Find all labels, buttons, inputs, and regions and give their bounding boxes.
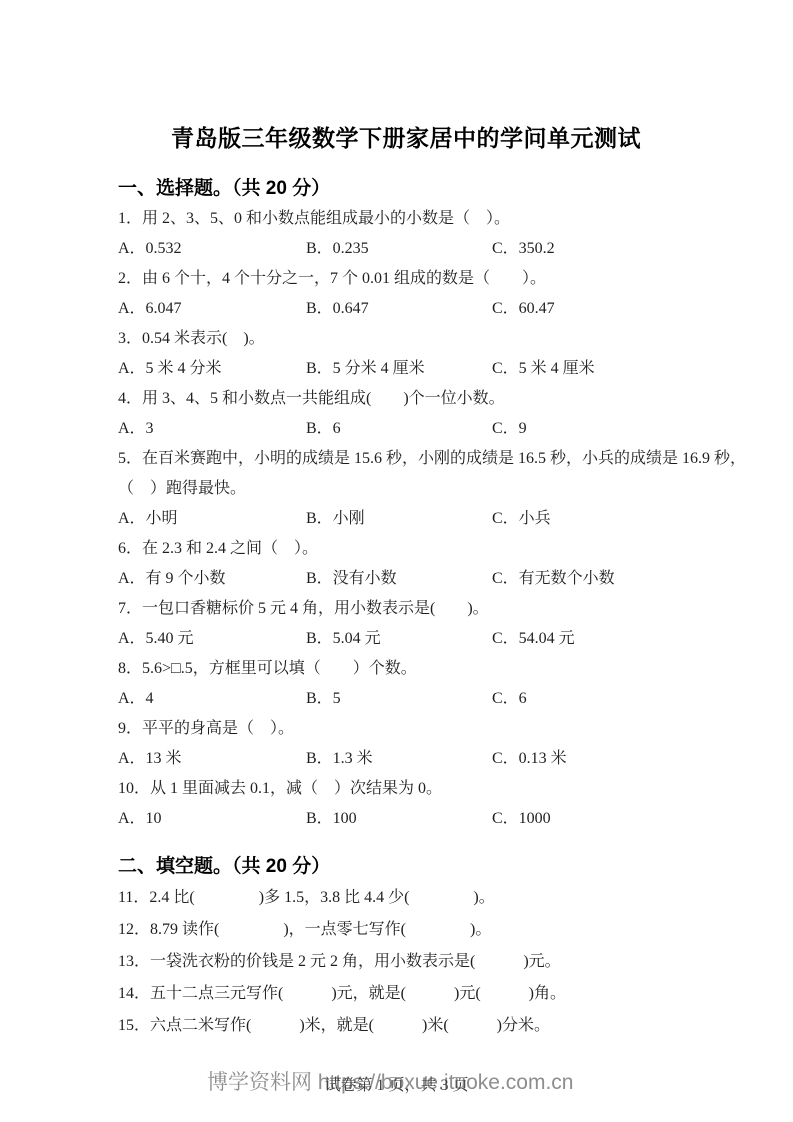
question-12-text: 12．8.79 读作( )，一点零七写作( )。 — [118, 914, 694, 946]
question-1-option-c: C．350.2 — [492, 234, 694, 264]
question-10-text: 10．从 1 里面减去 0.1，减（ ）次结果为 0。 — [118, 774, 694, 804]
question-2-options: A．6.047 B．0.647 C．60.47 — [118, 294, 694, 324]
question-5-options: A．小明 B．小刚 C．小兵 — [118, 504, 694, 534]
question-5-option-a: A．小明 — [118, 504, 306, 534]
question-7-option-a: A．5.40 元 — [118, 624, 306, 654]
question-1-option-a: A．0.532 — [118, 234, 306, 264]
page-number-footer: 试卷第 1 页，共 3 页 — [0, 1072, 793, 1095]
question-6-text: 6．在 2.3 和 2.4 之间（ ）。 — [118, 534, 694, 564]
question-9-options: A．13 米 B．1.3 米 C．0.13 米 — [118, 744, 694, 774]
question-4-option-a: A．3 — [118, 414, 306, 444]
question-1-text: 1．用 2、3、5、0 和小数点能组成最小的小数是（ ）。 — [118, 204, 694, 234]
question-8-text: 8．5.6>□.5，方框里可以填（ ）个数。 — [118, 654, 694, 684]
page-title: 青岛版三年级数学下册家居中的学问单元测试 — [118, 120, 694, 156]
question-3-options: A．5 米 4 分米 B．5 分米 4 厘米 C．5 米 4 厘米 — [118, 354, 694, 384]
question-5-option-c: C．小兵 — [492, 504, 694, 534]
question-13-text: 13．一袋洗衣粉的价钱是 2 元 2 角，用小数表示是( )元。 — [118, 946, 694, 978]
question-6-option-a: A．有 9 个小数 — [118, 564, 306, 594]
question-9-option-a: A．13 米 — [118, 744, 306, 774]
question-5-option-b: B．小刚 — [306, 504, 492, 534]
question-15-text: 15．六点二米写作( )米，就是( )米( )分米。 — [118, 1010, 694, 1042]
question-10-option-c: C．1000 — [492, 804, 694, 834]
question-8-option-a: A．4 — [118, 684, 306, 714]
question-4-option-c: C．9 — [492, 414, 694, 444]
question-2-option-b: B．0.647 — [306, 294, 492, 324]
question-8-options: A．4 B．5 C．6 — [118, 684, 694, 714]
question-1-options: A．0.532 B．0.235 C．350.2 — [118, 234, 694, 264]
section-1-heading: 一、选择题。（共 20 分） — [118, 174, 694, 204]
question-5-text-line2: （ ）跑得最快。 — [118, 474, 694, 504]
question-2-option-c: C．60.47 — [492, 294, 694, 324]
question-4-text: 4．用 3、4、5 和小数点一共能组成( )个一位小数。 — [118, 384, 694, 414]
exam-paper-page: 青岛版三年级数学下册家居中的学问单元测试 一、选择题。（共 20 分） 1．用 … — [0, 0, 793, 1122]
section-2-heading: 二、填空题。（共 20 分） — [118, 852, 694, 882]
question-7-text: 7．一包口香糖标价 5 元 4 角，用小数表示是( )。 — [118, 594, 694, 624]
question-5-text-line1: 5．在百米赛跑中，小明的成绩是 15.6 秒，小刚的成绩是 16.5 秒，小兵的… — [118, 444, 694, 474]
question-10-options: A．10 B．100 C．1000 — [118, 804, 694, 834]
question-6-options: A．有 9 个小数 B．没有小数 C．有无数个小数 — [118, 564, 694, 594]
question-1-option-b: B．0.235 — [306, 234, 492, 264]
question-3-option-b: B．5 分米 4 厘米 — [306, 354, 492, 384]
question-3-option-c: C．5 米 4 厘米 — [492, 354, 694, 384]
question-6-option-b: B．没有小数 — [306, 564, 492, 594]
question-7-option-c: C．54.04 元 — [492, 624, 694, 654]
question-7-option-b: B．5.04 元 — [306, 624, 492, 654]
question-4-options: A．3 B．6 C．9 — [118, 414, 694, 444]
fill-in-questions: 11．2.4 比( )多 1.5，3.8 比 4.4 少( )。 12．8.79… — [118, 882, 694, 1042]
question-11-text: 11．2.4 比( )多 1.5，3.8 比 4.4 少( )。 — [118, 882, 694, 914]
question-2-text: 2．由 6 个十，4 个十分之一，7 个 0.01 组成的数是（ ）。 — [118, 264, 694, 294]
question-10-option-a: A．10 — [118, 804, 306, 834]
exam-content: 青岛版三年级数学下册家居中的学问单元测试 一、选择题。（共 20 分） 1．用 … — [118, 120, 694, 1042]
question-9-option-c: C．0.13 米 — [492, 744, 694, 774]
question-4-option-b: B．6 — [306, 414, 492, 444]
question-14-text: 14．五十二点三元写作( )元，就是( )元( )角。 — [118, 978, 694, 1010]
question-10-option-b: B．100 — [306, 804, 492, 834]
question-9-option-b: B．1.3 米 — [306, 744, 492, 774]
question-3-text: 3．0.54 米表示( )。 — [118, 324, 694, 354]
question-2-option-a: A．6.047 — [118, 294, 306, 324]
question-6-option-c: C．有无数个小数 — [492, 564, 694, 594]
question-8-option-b: B．5 — [306, 684, 492, 714]
question-9-text: 9．平平的身高是（ ）。 — [118, 714, 694, 744]
question-3-option-a: A．5 米 4 分米 — [118, 354, 306, 384]
question-7-options: A．5.40 元 B．5.04 元 C．54.04 元 — [118, 624, 694, 654]
question-8-option-c: C．6 — [492, 684, 694, 714]
